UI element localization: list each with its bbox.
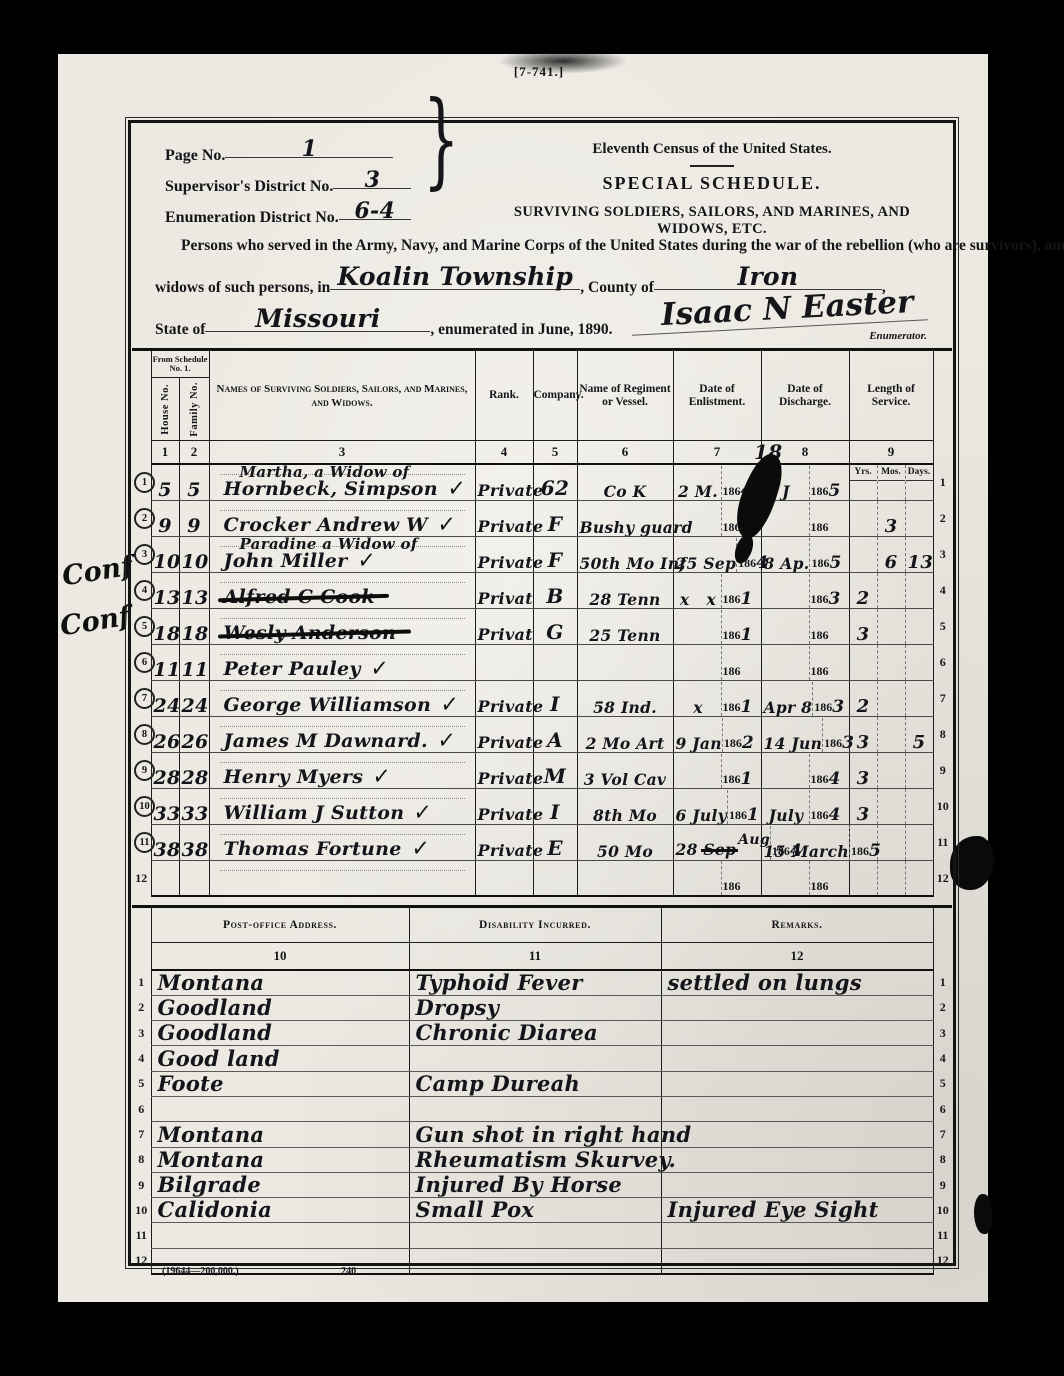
cell-months: Mos. bbox=[877, 464, 905, 500]
col-header-house: House No. bbox=[151, 378, 179, 441]
cell-years: 2 bbox=[849, 680, 877, 716]
handwritten-year-digit: 1 bbox=[741, 771, 753, 788]
soldier-row: 92828Henry Myers✓PrivateM3 Vol Cav186118… bbox=[132, 752, 952, 788]
printed-year-prefix: 186 bbox=[811, 592, 829, 608]
check-mark: ✓ bbox=[411, 836, 430, 860]
row-number-right: 10 bbox=[933, 788, 952, 824]
soldier-name: John Miller bbox=[224, 550, 348, 572]
column-number-row: 10 11 12 bbox=[132, 943, 952, 971]
cell-family-no: 26 bbox=[179, 716, 209, 752]
gutter bbox=[132, 907, 151, 971]
enumerated-suffix: , enumerated in June, 1890. bbox=[430, 321, 612, 339]
cell-name: Crocker Andrew W✓ bbox=[209, 500, 475, 536]
col-num-3: 3 bbox=[209, 441, 475, 465]
row-number-right: 7 bbox=[933, 680, 952, 716]
cell-house-no bbox=[151, 860, 179, 896]
row-number-right: 9 bbox=[933, 752, 952, 788]
enumeration-district-line: 6-4 bbox=[339, 201, 411, 220]
column-number-row: 1 2 3 4 5 6 7 8 9 bbox=[132, 441, 952, 465]
district-block: Page No. 1 Supervisor's District No. 3 E… bbox=[165, 139, 411, 232]
cell-disability: Rheumatism Skurvey. bbox=[409, 1147, 661, 1172]
cell-regiment: 2 Mo Art bbox=[577, 716, 673, 752]
cell-disability: Typhoid Fever bbox=[409, 970, 661, 995]
cell-name: Thomas Fortune✓ bbox=[209, 824, 475, 860]
circled-row-number: 4 bbox=[134, 580, 155, 601]
cell-days bbox=[905, 788, 933, 824]
cell-rank: Private bbox=[475, 824, 533, 860]
row-number-right: 9 bbox=[933, 1172, 952, 1197]
paper-sheet: [7-741.] Conf Conf Page No. 1 Supervisor… bbox=[58, 54, 988, 1302]
cell-rank: Private bbox=[475, 716, 533, 752]
cell-remarks bbox=[661, 1223, 933, 1248]
soldier-row: 61111Peter Pauley✓1861866 bbox=[132, 644, 952, 680]
row-number-right: 10 bbox=[933, 1198, 952, 1223]
state-line: Missouri bbox=[205, 311, 430, 332]
cell-name: William J Sutton✓ bbox=[209, 788, 475, 824]
col-num-6: 6 bbox=[577, 441, 673, 465]
gutter bbox=[933, 907, 952, 971]
cell-family-no: 11 bbox=[179, 644, 209, 680]
row-number-left: 12 bbox=[132, 860, 151, 896]
handwritten-year-digit: 1 bbox=[741, 591, 753, 608]
col-header-enlistment: Date of Enlistment. bbox=[673, 350, 761, 441]
soldier-name: Hornbeck, Simpson bbox=[224, 478, 438, 500]
cell-enlistment: 186 bbox=[673, 860, 761, 896]
col-num-7: 7 bbox=[673, 441, 761, 465]
print-code: (19644—200,000.) bbox=[162, 1266, 239, 1277]
cell-post-office: Bilgrade bbox=[151, 1172, 409, 1197]
ink-blob-right bbox=[950, 836, 994, 890]
address-row: 10CalidoniaSmall PoxInjured Eye Sight10 bbox=[132, 1198, 952, 1223]
cell-regiment: 28 Tenn bbox=[577, 572, 673, 608]
cell-remarks bbox=[661, 1172, 933, 1197]
cell-house-no: 28 bbox=[151, 752, 179, 788]
cell-months bbox=[877, 608, 905, 644]
dotted-leader bbox=[220, 654, 465, 655]
cell-days: 5 bbox=[905, 716, 933, 752]
circled-row-number: 3 bbox=[134, 544, 155, 565]
row-number-right: 11 bbox=[933, 824, 952, 860]
cell-regiment: 25 Tenn bbox=[577, 608, 673, 644]
supervisor-district-value: 3 bbox=[365, 167, 381, 193]
printed-year-prefix: 186 bbox=[811, 664, 829, 680]
cell-family-no: 9 bbox=[179, 500, 209, 536]
address-row: 4Good land4 bbox=[132, 1046, 952, 1071]
soldier-row: 82626James M Dawnard.✓PrivateA2 Mo Art9 … bbox=[132, 716, 952, 752]
check-mark: ✓ bbox=[437, 728, 456, 752]
cell-discharge: July1864 bbox=[761, 788, 849, 824]
cell-post-office bbox=[151, 1096, 409, 1121]
row-number-right: 4 bbox=[933, 1046, 952, 1071]
cell-discharge: 186 bbox=[761, 608, 849, 644]
cell-regiment: Co K bbox=[577, 464, 673, 500]
cell-disability: Gun shot in right hand bbox=[409, 1122, 661, 1147]
row-number-left: 5 bbox=[132, 1071, 151, 1096]
handwritten-year-digit: 1 bbox=[741, 699, 753, 716]
row-number-right: 8 bbox=[933, 1147, 952, 1172]
cell-discharge: 8 Ap.1865 bbox=[761, 536, 849, 572]
soldier-name: George Williamson bbox=[224, 694, 432, 716]
cell-remarks bbox=[661, 1021, 933, 1046]
address-row: 3GoodlandChronic Diarea3 bbox=[132, 1021, 952, 1046]
enumerator-signature-block: Isaac N Easter Enumerator. bbox=[631, 291, 927, 342]
cell-disability: Dropsy bbox=[409, 995, 661, 1020]
inserted-word: Aug bbox=[738, 832, 770, 848]
ink-blob-right-lower bbox=[974, 1194, 992, 1234]
printed-year-prefix: 186 bbox=[723, 628, 741, 644]
cell-days bbox=[905, 752, 933, 788]
printed-year-prefix: 186 bbox=[814, 700, 832, 716]
col-header-company: Company. bbox=[533, 350, 577, 441]
address-row: 1MontanaTyphoid Feversettled on lungs1 bbox=[132, 970, 952, 995]
row-number-right: 7 bbox=[933, 1122, 952, 1147]
cell-years bbox=[849, 860, 877, 896]
cell-house-no: 13 bbox=[151, 572, 179, 608]
cell-company: B bbox=[533, 572, 577, 608]
title-divider bbox=[690, 165, 734, 167]
cell-remarks bbox=[661, 1096, 933, 1121]
printed-year-prefix: 186 bbox=[723, 664, 741, 680]
row-number-right: 1 bbox=[933, 970, 952, 995]
soldier-name: Wesly Anderson bbox=[224, 624, 397, 643]
cell-disability: Camp Dureah bbox=[409, 1071, 661, 1096]
row-number-right: 5 bbox=[933, 608, 952, 644]
row-number-right: 1 bbox=[933, 464, 952, 500]
cell-discharge: 1864 bbox=[761, 752, 849, 788]
state-label: State of bbox=[155, 321, 205, 339]
soldier-row: 299Crocker Andrew W✓PrivateFBushy guard1… bbox=[132, 500, 952, 536]
row-number-left: 11 bbox=[132, 1223, 151, 1248]
row-number-right: 12 bbox=[933, 1248, 952, 1273]
col-header-family: Family No. bbox=[179, 378, 209, 441]
cell-name: Henry Myers✓ bbox=[209, 752, 475, 788]
cell-house-no: 5 bbox=[151, 464, 179, 500]
col-num-4: 4 bbox=[475, 441, 533, 465]
state-value: Missouri bbox=[255, 304, 380, 333]
cell-discharge: 1863 bbox=[761, 572, 849, 608]
cell-days bbox=[905, 644, 933, 680]
cell-name: Wesly Anderson bbox=[209, 608, 475, 644]
preamble: Persons who served in the Army, Navy, an… bbox=[131, 237, 953, 348]
county-value: Iron bbox=[737, 262, 798, 291]
handwritten-year-digit: 4 bbox=[829, 771, 841, 788]
schedule-subtitle: SURVIVING SOLDIERS, SAILORS, AND MARINES… bbox=[481, 204, 943, 238]
row-number-left: 6 bbox=[132, 644, 151, 680]
cell-months bbox=[877, 752, 905, 788]
cell-family-no: 38 bbox=[179, 824, 209, 860]
cell-years: 3 bbox=[849, 608, 877, 644]
cell-name: Alfred C Cook bbox=[209, 572, 475, 608]
circled-row-number: 1 bbox=[134, 472, 155, 493]
cell-regiment: 50th Mo Inf bbox=[577, 536, 673, 572]
address-row: 1111 bbox=[132, 1223, 952, 1248]
cell-days bbox=[905, 824, 933, 860]
soldiers-table: From Schedule No. 1. Names of Surviving … bbox=[132, 348, 952, 897]
printed-year-prefix: 186 bbox=[724, 736, 742, 752]
schedule-note: From Schedule No. 1. bbox=[151, 350, 209, 378]
row-number-left: 5 bbox=[132, 608, 151, 644]
printed-year-prefix: 186 bbox=[723, 879, 741, 895]
cell-house-no: 26 bbox=[151, 716, 179, 752]
cell-years: 2 bbox=[849, 572, 877, 608]
printed-year-prefix: 186 bbox=[811, 520, 829, 536]
margin-note-conf: Conf bbox=[60, 551, 135, 593]
schedule-title: SPECIAL SCHEDULE. bbox=[481, 173, 943, 194]
check-mark: ✓ bbox=[370, 656, 389, 680]
address-row: 66 bbox=[132, 1096, 952, 1121]
cell-rank: Private bbox=[475, 500, 533, 536]
handwritten-year-digit: 3 bbox=[832, 699, 844, 716]
preamble-line2-prefix: widows of such persons, in bbox=[155, 279, 330, 297]
struck-word: Sep bbox=[703, 840, 736, 859]
cell-rank: Private bbox=[475, 680, 533, 716]
cell-discharge: Apr 81863 bbox=[761, 680, 849, 716]
address-row: 5FooteCamp Dureah5 bbox=[132, 1071, 952, 1096]
soldiers-table-wrap: From Schedule No. 1. Names of Surviving … bbox=[132, 348, 952, 897]
cell-post-office: Goodland bbox=[151, 995, 409, 1020]
cell-months bbox=[877, 788, 905, 824]
supervisor-district-line: 3 bbox=[333, 170, 411, 189]
col-num-5: 5 bbox=[533, 441, 577, 465]
address-table-wrap: Post-office Address. Disability Incurred… bbox=[132, 905, 952, 1275]
cell-post-office: Montana bbox=[151, 1122, 409, 1147]
row-number-left: 10 bbox=[132, 788, 151, 824]
printed-year-prefix: 186 bbox=[723, 592, 741, 608]
handwritten-year-digit: 1 bbox=[747, 807, 759, 824]
handwritten-year-digit: 3 bbox=[842, 735, 854, 752]
row-number-left: 1 bbox=[132, 970, 151, 995]
check-mark: ✓ bbox=[372, 764, 391, 788]
printed-year-prefix: 186 bbox=[723, 484, 741, 500]
row-number-left: 2 bbox=[132, 500, 151, 536]
dotted-leader bbox=[220, 582, 465, 583]
soldier-row: 113838Thomas Fortune✓PrivateE50 Mo28 Sep… bbox=[132, 824, 952, 860]
printed-year-prefix: 186 bbox=[811, 484, 829, 500]
circled-row-number: 9 bbox=[134, 760, 155, 781]
cell-months: 3 bbox=[877, 500, 905, 536]
printed-year-prefix: 186 bbox=[811, 808, 829, 824]
cell-remarks: Injured Eye Sight bbox=[661, 1198, 933, 1223]
length-subheader: Yrs. bbox=[850, 465, 877, 481]
cell-rank: Private bbox=[475, 752, 533, 788]
soldier-row: 1218618612 bbox=[132, 860, 952, 896]
cell-family-no: 10 bbox=[179, 536, 209, 572]
row-number-right: 2 bbox=[933, 500, 952, 536]
cell-days bbox=[905, 572, 933, 608]
row-number-right: 3 bbox=[933, 1021, 952, 1046]
cell-enlistment: 6 July1861 bbox=[673, 788, 761, 824]
cell-months: 6 bbox=[877, 536, 905, 572]
soldier-row: 103333William J Sutton✓PrivateI8th Mo6 J… bbox=[132, 788, 952, 824]
cell-family-no: 5 bbox=[179, 464, 209, 500]
row-number-left: 11 bbox=[132, 824, 151, 860]
township-value: Koalin Township bbox=[337, 262, 573, 291]
cell-regiment: 3 Vol Cav bbox=[577, 752, 673, 788]
circled-row-number: 5 bbox=[134, 616, 155, 637]
check-mark: ✓ bbox=[356, 548, 375, 572]
row-number-left: 8 bbox=[132, 716, 151, 752]
length-subheader: Mos. bbox=[878, 465, 905, 481]
address-row: 7MontanaGun shot in right hand7 bbox=[132, 1122, 952, 1147]
cell-discharge: 186 bbox=[761, 860, 849, 896]
row-number-right: 12 bbox=[933, 860, 952, 896]
cell-family-no: 28 bbox=[179, 752, 209, 788]
printed-year-prefix: 186 bbox=[723, 772, 741, 788]
handwritten-year-digit: 1 bbox=[741, 627, 753, 644]
cell-house-no: 18 bbox=[151, 608, 179, 644]
cell-enlistment: 186 bbox=[673, 644, 761, 680]
col-num-11: 11 bbox=[409, 943, 661, 971]
row-number-left: 7 bbox=[132, 1122, 151, 1147]
form-code: [7-741.] bbox=[128, 64, 950, 80]
page-no-value: 1 bbox=[302, 136, 318, 162]
cell-enlistment: x1861 bbox=[673, 680, 761, 716]
cell-years: 3 bbox=[849, 788, 877, 824]
enumeration-district-label: Enumeration District No. bbox=[165, 203, 339, 232]
col-header-length: Length of Service. bbox=[849, 350, 933, 441]
cell-regiment bbox=[577, 644, 673, 680]
census-form: Page No. 1 Supervisor's District No. 3 E… bbox=[128, 120, 956, 1266]
cell-enlistment: 1861 bbox=[673, 752, 761, 788]
cell-name: Martha, a Widow ofHornbeck, Simpson✓ bbox=[209, 464, 475, 500]
row-number-right: 4 bbox=[933, 572, 952, 608]
handwritten-year-digit: 5 bbox=[869, 843, 881, 860]
supervisor-district-label: Supervisor's District No. bbox=[165, 172, 333, 201]
row-number-right: 6 bbox=[933, 1096, 952, 1121]
cell-disability bbox=[409, 1096, 661, 1121]
cell-remarks bbox=[661, 1071, 933, 1096]
row-number-left: 4 bbox=[132, 572, 151, 608]
page-no-line: 1 bbox=[225, 139, 393, 158]
address-table: Post-office Address. Disability Incurred… bbox=[132, 905, 952, 1275]
circled-row-number: 8 bbox=[134, 724, 155, 745]
cell-disability bbox=[409, 1248, 661, 1273]
cell-months bbox=[877, 680, 905, 716]
row-number-left: 3 bbox=[132, 1021, 151, 1046]
cell-disability bbox=[409, 1223, 661, 1248]
scanned-census-page: { "colors": { "paper": "#ECE9E2", "ink":… bbox=[0, 0, 1064, 1376]
row-number-right: 5 bbox=[933, 1071, 952, 1096]
cell-months bbox=[877, 824, 905, 860]
soldier-row: 41313Alfred C CookPrivatB28 Tennx x18611… bbox=[132, 572, 952, 608]
cell-enlistment: 9 Jan1862 bbox=[673, 716, 761, 752]
cell-rank bbox=[475, 644, 533, 680]
row-number-right: 3 bbox=[933, 536, 952, 572]
enumeration-district-value: 6-4 bbox=[354, 198, 395, 224]
cell-post-office: Goodland bbox=[151, 1021, 409, 1046]
cell-months bbox=[877, 572, 905, 608]
row-number-left: 1 bbox=[132, 464, 151, 500]
circled-row-number: 7 bbox=[134, 688, 155, 709]
row-number-left: 9 bbox=[132, 1172, 151, 1197]
col-num-10: 10 bbox=[151, 943, 409, 971]
circled-row-number: 11 bbox=[134, 832, 155, 853]
check-mark: ✓ bbox=[440, 692, 459, 716]
row-number-left: 2 bbox=[132, 995, 151, 1020]
row-number-right: 2 bbox=[933, 995, 952, 1020]
row-number-left: 6 bbox=[132, 1096, 151, 1121]
handwritten-year-digit: 4 bbox=[829, 807, 841, 824]
cell-house-no: 24 bbox=[151, 680, 179, 716]
township-line: Koalin Township bbox=[330, 269, 580, 290]
circled-row-number: 2 bbox=[134, 508, 155, 529]
cell-rank: Private bbox=[475, 464, 533, 500]
dotted-leader bbox=[220, 690, 465, 691]
cell-post-office: Calidonia bbox=[151, 1198, 409, 1223]
cell-company: G bbox=[533, 608, 577, 644]
length-subheader: Days. bbox=[906, 465, 933, 481]
cell-years bbox=[849, 500, 877, 536]
handwritten-year-digit: 3 bbox=[829, 591, 841, 608]
cell-regiment: 8th Mo bbox=[577, 788, 673, 824]
check-mark: ✓ bbox=[437, 512, 456, 536]
soldier-row: 51818Wesly AndersonPrivatG25 Tenn1861186… bbox=[132, 608, 952, 644]
gutter bbox=[132, 350, 151, 465]
dotted-leader bbox=[220, 762, 465, 763]
cell-rank: Private bbox=[475, 788, 533, 824]
cell-years: Yrs. bbox=[849, 464, 877, 500]
cell-house-no: 33 bbox=[151, 788, 179, 824]
cell-days bbox=[905, 608, 933, 644]
cell-regiment bbox=[577, 860, 673, 896]
address-row: 9BilgradeInjured By Horse9 bbox=[132, 1172, 952, 1197]
cell-disability bbox=[409, 1046, 661, 1071]
row-number-right: 8 bbox=[933, 716, 952, 752]
cell-remarks bbox=[661, 1122, 933, 1147]
address-row: 8MontanaRheumatism Skurvey.8 bbox=[132, 1147, 952, 1172]
cell-name: Paradine a Widow ofJohn Miller✓ bbox=[209, 536, 475, 572]
soldier-name: Alfred C Cook bbox=[224, 588, 375, 607]
cell-regiment: Bushy guard bbox=[577, 500, 673, 536]
cell-discharge: 14 Jun1863 bbox=[761, 716, 849, 752]
cell-days: Days. bbox=[905, 464, 933, 500]
cell-enlistment: x x1861 bbox=[673, 572, 761, 608]
cell-post-office bbox=[151, 1223, 409, 1248]
soldier-row: 31010Paradine a Widow ofJohn Miller✓Priv… bbox=[132, 536, 952, 572]
col-num-9: 9 bbox=[849, 441, 933, 465]
soldier-name: Thomas Fortune bbox=[224, 838, 402, 860]
printed-year-prefix: 186 bbox=[824, 736, 842, 752]
row-number-right: 6 bbox=[933, 644, 952, 680]
cell-days: 13 bbox=[905, 536, 933, 572]
printed-year-prefix: 186 bbox=[729, 808, 747, 824]
enumerator-signature: Isaac N Easter bbox=[630, 283, 928, 335]
cell-disability: Injured By Horse bbox=[409, 1172, 661, 1197]
check-mark: ✓ bbox=[413, 800, 432, 824]
cell-house-no: 11 bbox=[151, 644, 179, 680]
printed-year-prefix: 186 bbox=[811, 879, 829, 895]
col-header-names: Names of Surviving Soldiers, Sailors, an… bbox=[209, 350, 475, 441]
row-number-left: 7 bbox=[132, 680, 151, 716]
gutter bbox=[933, 350, 952, 465]
cell-regiment: 50 Mo bbox=[577, 824, 673, 860]
soldier-name: Peter Pauley bbox=[224, 658, 361, 680]
cell-family-no bbox=[179, 860, 209, 896]
row-number-left: 9 bbox=[132, 752, 151, 788]
soldier-name: James M Dawnard. bbox=[224, 730, 428, 752]
cell-name: James M Dawnard.✓ bbox=[209, 716, 475, 752]
printed-year-prefix: 186 bbox=[851, 844, 869, 860]
cell-remarks bbox=[661, 995, 933, 1020]
dotted-leader bbox=[220, 618, 465, 619]
cell-family-no: 24 bbox=[179, 680, 209, 716]
col-num-12: 12 bbox=[661, 943, 933, 971]
soldier-name: Henry Myers bbox=[224, 766, 364, 788]
col-header-rank: Rank. bbox=[475, 350, 533, 441]
row-number-left: 4 bbox=[132, 1046, 151, 1071]
cell-post-office: Good land bbox=[151, 1046, 409, 1071]
printed-year-prefix: 186 bbox=[723, 700, 741, 716]
